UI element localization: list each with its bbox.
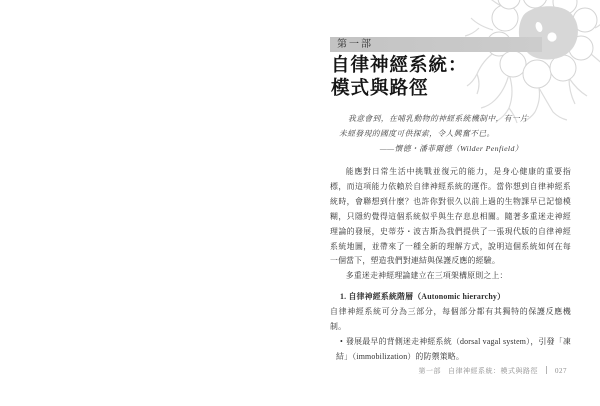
section-heading: 1. 自律神經系統階層（Autonomic hierarchy） (330, 290, 571, 305)
chapter-title-line2: 模式與路徑 (331, 78, 468, 101)
epigraph-line1: 我意會到，在哺乳動物的神經系統機制中，有一片 (339, 111, 565, 126)
part-header-bar: 第一部 (330, 37, 542, 52)
bullet-text: 發展最早的背側迷走神經系統（dorsal vagal system），引發「凍結… (336, 337, 571, 361)
epigraph: 我意會到，在哺乳動物的神經系統機制中，有一片 未經發現的國度可供探索，令人興奮不… (339, 111, 565, 156)
footer-page-number: 027 (555, 367, 567, 375)
page-footer: 第一部自律神經系統：模式與路徑027 (327, 366, 567, 376)
footer-part-label: 第一部 (419, 367, 442, 375)
paragraph-1: 能應對日常生活中挑戰並復元的能力，是身心健康的重要指標，而這項能力依賴於自律神經… (330, 165, 571, 269)
footer-running-title: 自律神經系統：模式與路徑 (448, 367, 538, 375)
chapter-title: 自律神經系統： 模式與路徑 (331, 55, 468, 100)
bullet-marker-icon: • (340, 337, 343, 346)
bullet-item: •發展最早的背側迷走神經系統（dorsal vagal system），引發「凍… (330, 335, 571, 365)
part-label: 第一部 (330, 37, 542, 52)
body-text-column: 能應對日常生活中挑戰並復元的能力，是身心健康的重要指標，而這項能力依賴於自律神經… (330, 165, 571, 365)
neuron-illustration (465, 0, 600, 124)
epigraph-line2: 未經發現的國度可供探索，令人興奮不已。 (339, 126, 565, 141)
paragraph-2: 多重迷走神經理論建立在三項架構原則之上： (330, 269, 571, 284)
chapter-title-line1: 自律神經系統： (331, 55, 468, 78)
book-page: 第一部 自律神經系統： 模式與路徑 我意會到，在哺乳動物的神經系統機制中，有一片… (0, 0, 600, 406)
epigraph-attribution: ——懷德・潘菲爾德（Wilder Penfield） (339, 141, 565, 156)
section-intro: 自律神經系統可分為三部分，每個部分都有其獨特的保護反應機制。 (330, 305, 571, 335)
footer-divider (546, 366, 547, 374)
